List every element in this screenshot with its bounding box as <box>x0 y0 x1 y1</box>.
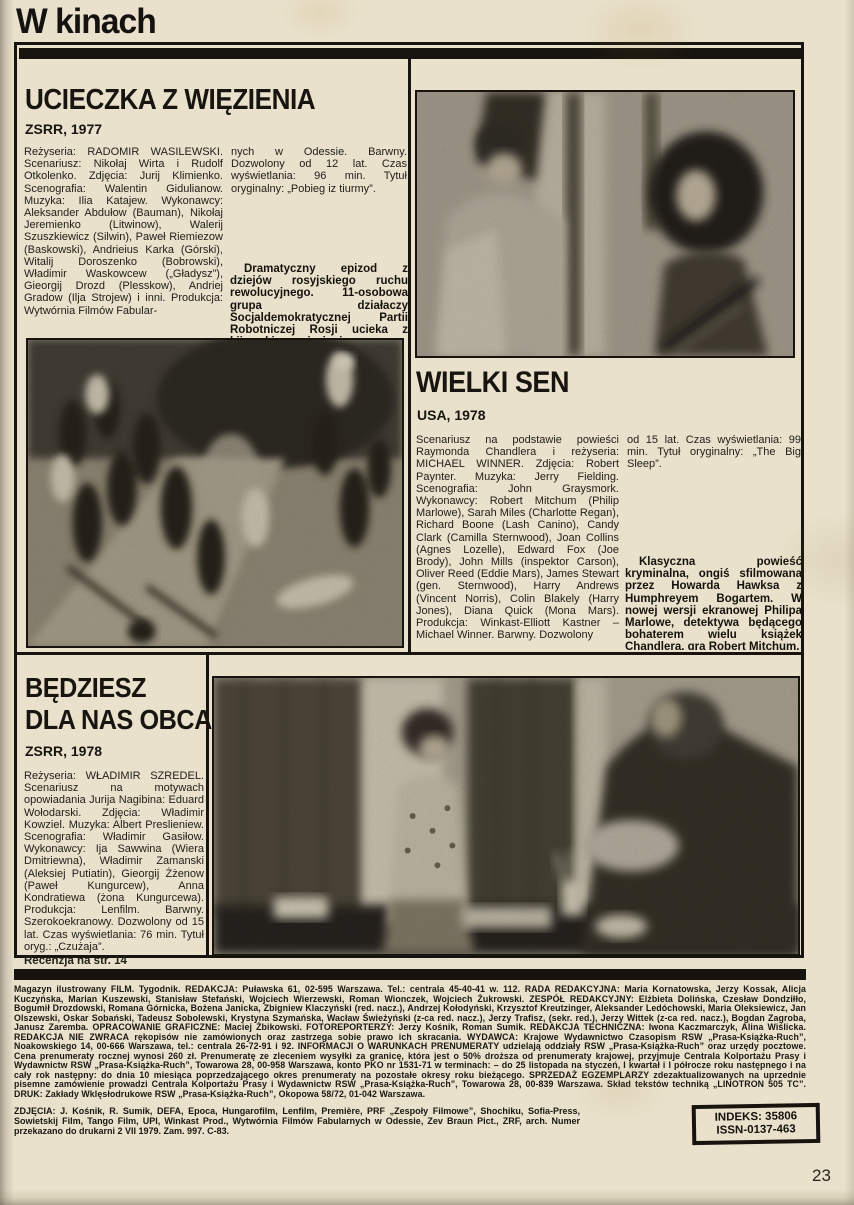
issn-number: ISSN-0137-463 <box>702 1123 810 1138</box>
top-black-bar <box>19 48 801 59</box>
article-meta-bedziesz: ZSRR, 1978 <box>25 743 102 759</box>
indeks-issn-box: INDEKS: 35806 ISSN-0137-463 <box>692 1103 821 1145</box>
photo-bedziesz-office-scene <box>212 676 800 956</box>
article-title-wielki-sen: WIELKI SEN <box>416 366 569 400</box>
couple-scene-illustration <box>417 92 793 356</box>
article-title-bedziesz-line1: BĘDZIESZ <box>25 672 146 704</box>
article-wielki-sen-column-1: Scenariusz na podstawie powieści Raymond… <box>416 434 619 650</box>
photo-ucieczka-crowd-scene <box>26 338 404 648</box>
article-wielki-sen-summary: Klasyczna powieść kryminalna, ongiś sfil… <box>625 556 802 650</box>
divider-vertical-bottom <box>206 655 209 955</box>
bottom-black-bar <box>14 969 806 980</box>
article-ucieczka-summary: Dramatyczny epizod z dziejów rosyjskiego… <box>230 263 408 339</box>
article-wielki-sen-column-2: od 15 lat. Czas wyświetlania: 99 min. Ty… <box>627 434 801 474</box>
photo-credits-text: ZDJĘCIA: J. Kośnik, R. Sumik, DEFA, Epoc… <box>14 1106 580 1142</box>
editorial-masthead-text: Magazyn ilustrowany FILM. Tygodnik. REDA… <box>14 985 806 1101</box>
article-ucieczka-column-1: Reżyseria: RADOMIR WASILEWSKI. Scenarius… <box>24 146 223 322</box>
article-bedziesz-review-note: Recenzja na str. 14 <box>24 955 204 967</box>
crowd-scene-illustration <box>28 340 402 646</box>
article-bedziesz-text: Reżyseria: WŁADIMIR SZREDEL. Scenariusz … <box>24 770 204 967</box>
magazine-page: W kinach UCIECZKA Z WIĘZIENIA ZSRR, 1977… <box>0 0 854 1205</box>
article-meta-wielki-sen: USA, 1978 <box>417 407 485 423</box>
article-title-bedziesz-line2: DLA NAS OBCA <box>25 704 212 736</box>
article-title-ucieczka: UCIECZKA Z WIĘZIENIA <box>25 84 315 117</box>
photo-wielki-sen-scene <box>415 90 795 358</box>
article-meta-ucieczka: ZSRR, 1977 <box>25 121 102 137</box>
divider-vertical-top <box>408 59 411 652</box>
section-masthead: W kinach <box>16 2 156 42</box>
office-scene-illustration <box>214 678 798 954</box>
page-number: 23 <box>812 1166 831 1186</box>
article-ucieczka-column-2: nych w Odessie. Barwny. Dozwolony od 12 … <box>231 146 407 202</box>
divider-horizontal-middle <box>17 652 803 655</box>
article-bedziesz-body: Reżyseria: WŁADIMIR SZREDEL. Scenariusz … <box>24 770 204 953</box>
